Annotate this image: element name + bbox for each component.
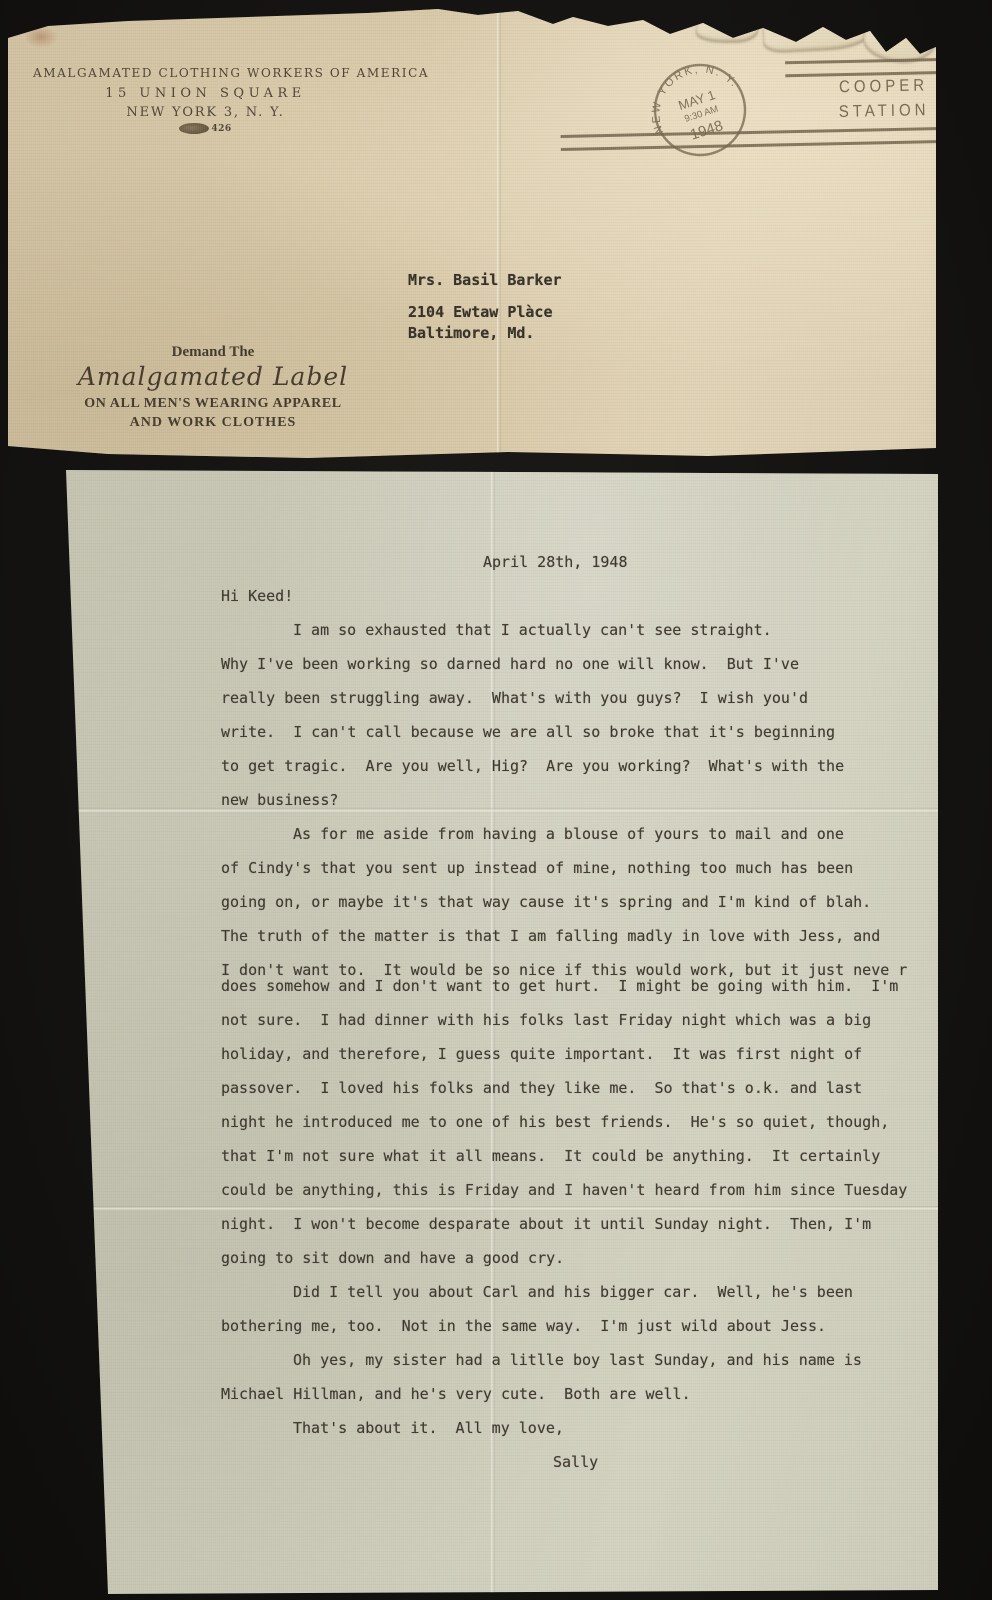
slogan-script: Amalgamated Label (48, 362, 378, 391)
torn-stamp-patch (762, 11, 872, 53)
cancel-bar (561, 127, 941, 137)
letter-line: night he introduced me to one of his bes… (221, 1112, 992, 1132)
letter-line: of Cindy's that you sent up instead of m… (221, 858, 992, 878)
letter-sheet: April 28th, 1948Hi Keed!I am so exhauste… (66, 468, 938, 1594)
recipient-name: Mrs. Basil Barker (408, 270, 562, 290)
union-slogan: Demand The Amalgamated Label ON ALL MEN'… (48, 344, 378, 431)
return-address-city: NEW YORK 3, N. Y. (33, 105, 378, 120)
letter-line: April 28th, 1948 (221, 552, 992, 572)
letter-line: Did I tell you about Carl and his bigger… (221, 1282, 992, 1302)
letter-line: does somehow and I don't want to get hur… (221, 976, 992, 996)
union-label-number: 426 (211, 124, 231, 134)
letter-body: April 28th, 1948Hi Keed!I am so exhauste… (221, 552, 992, 1472)
letter-line: to get tragic. Are you well, Hig? Are yo… (221, 756, 992, 776)
cancel-station-text: COOPER STATION (823, 73, 944, 125)
letter-line: Why I've been working so darned hard no … (221, 654, 992, 674)
letter-line: new business? (221, 790, 992, 810)
letter-line: that I'm not sure what it all means. It … (221, 1146, 992, 1166)
letter-line: night. I won't become desparate about it… (221, 1214, 992, 1234)
recipient-street: 2104 Ewtaw Plàce (408, 302, 562, 322)
letter-line: The truth of the matter is that I am fal… (221, 926, 992, 946)
signature: Sally (221, 1452, 992, 1472)
rust-stain (24, 26, 58, 48)
letter-line: Oh yes, my sister had a litlle boy last … (221, 1350, 992, 1370)
union-label: 426 (33, 123, 378, 134)
slogan-line4: AND WORK CLOTHES (48, 415, 378, 431)
cancel-bar (785, 58, 940, 64)
envelope-fold-crease (497, 8, 501, 460)
letter-line: holiday, and therefore, I guess quite im… (221, 1044, 992, 1064)
letter-line: Michael Hillman, and he's very cute. Bot… (221, 1384, 992, 1404)
return-address: AMALGAMATED CLOTHING WORKERS OF AMERICA … (33, 66, 378, 134)
letter-line: As for me aside from having a blouse of … (221, 824, 992, 844)
letter-line: bothering me, too. Not in the same way. … (221, 1316, 992, 1336)
letter-line: That's about it. All my love, (221, 1418, 992, 1438)
letter-line: write. I can't call because we are all s… (221, 722, 992, 742)
letter-line: really been struggling away. What's with… (221, 688, 992, 708)
envelope: AMALGAMATED CLOTHING WORKERS OF AMERICA … (8, 8, 936, 460)
letter-line: Hi Keed! (221, 586, 992, 606)
photo-background: { "palette": { "background": "#141311", … (0, 0, 992, 1600)
union-label-icon (179, 123, 209, 134)
return-address-org: AMALGAMATED CLOTHING WORKERS OF AMERICA (33, 66, 378, 80)
letter-line: I am so exhausted that I actually can't … (221, 620, 992, 640)
letter-line: going on, or maybe it's that way cause i… (221, 892, 992, 912)
cancel-line-2: STATION (824, 98, 944, 125)
recipient-address: Mrs. Basil Barker 2104 Ewtaw Plàce Balti… (408, 270, 562, 343)
cancel-bar (561, 140, 941, 150)
cancellation-mark: COOPER STATION (557, 54, 944, 162)
letter-line: passover. I loved his folks and they lik… (221, 1078, 992, 1098)
slogan-line3: ON ALL MEN'S WEARING APPAREL (48, 396, 378, 412)
cancel-line-1: COOPER (823, 73, 943, 100)
return-address-street: 15 UNION SQUARE (33, 86, 378, 101)
recipient-city: Baltimore, Md. (408, 323, 562, 343)
letter-line: not sure. I had dinner with his folks la… (221, 1010, 992, 1030)
letter-line: could be anything, this is Friday and I … (221, 1180, 992, 1200)
slogan-pre: Demand The (48, 344, 378, 361)
letter-line: going to sit down and have a good cry. (221, 1248, 992, 1268)
